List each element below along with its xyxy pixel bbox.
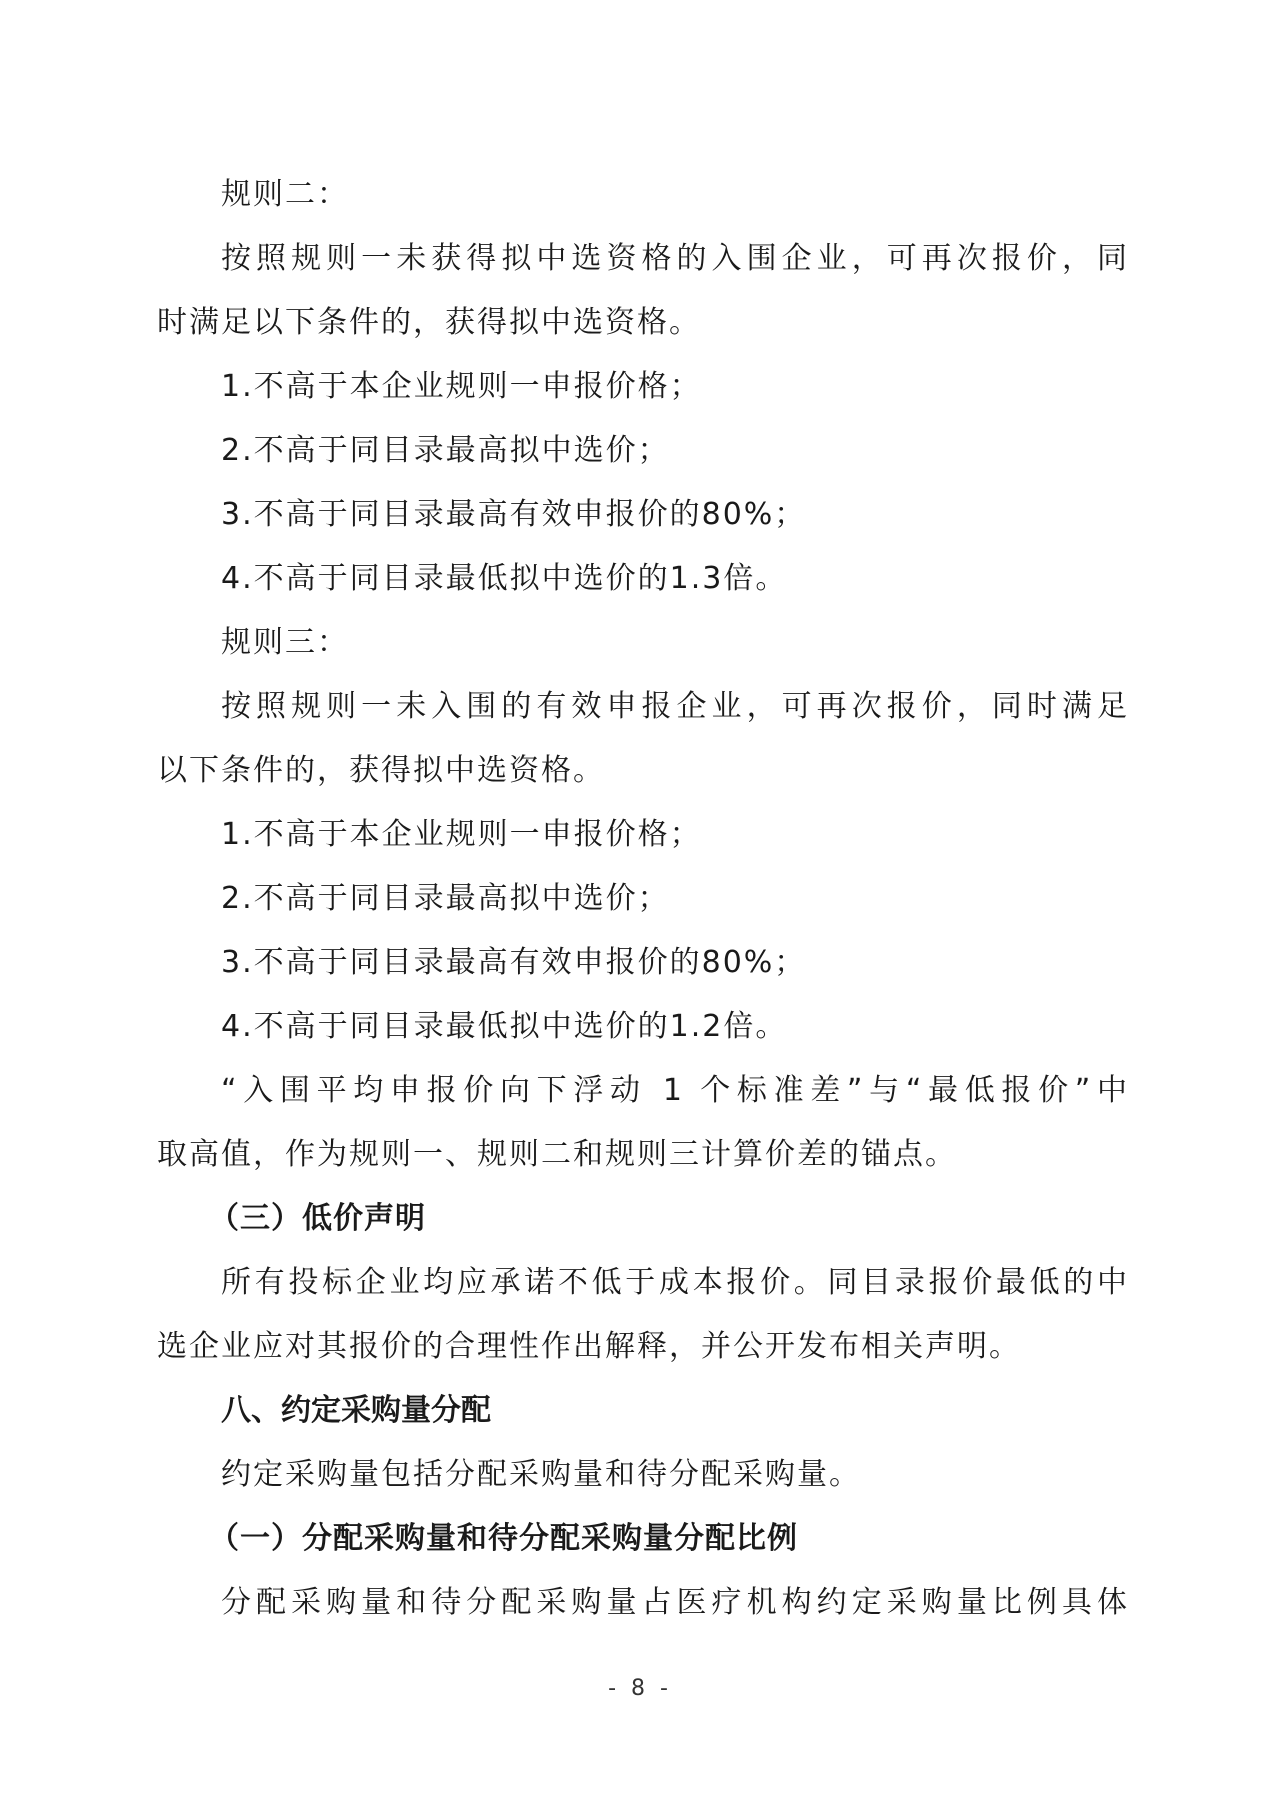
section-8-heading: 八、约定采购量分配 [157, 1379, 1129, 1443]
rule-2-heading: 规则二： [157, 163, 1129, 227]
rule-2-condition-4: 4.不高于同目录最低拟中选价的1.3倍。 [157, 547, 1129, 611]
low-price-paragraph-line-2: 选企业应对其报价的合理性作出解释，并公开发布相关声明。 [157, 1315, 1129, 1379]
page-number: - 8 - [0, 1676, 1280, 1701]
rule-3-paragraph-line-1: 按照规则一未入围的有效申报企业，可再次报价，同时满足 [157, 675, 1129, 739]
allocation-ratio-paragraph-line-1: 分配采购量和待分配采购量占医疗机构约定采购量比例具体 [157, 1571, 1129, 1635]
rule-2-condition-2: 2.不高于同目录最高拟中选价； [157, 419, 1129, 483]
rule-2-condition-1: 1.不高于本企业规则一申报价格； [157, 355, 1129, 419]
anchor-paragraph-line-1: “入围平均申报价向下浮动 1 个标准差”与“最低报价”中 [157, 1059, 1129, 1123]
rule-3-condition-4: 4.不高于同目录最低拟中选价的1.2倍。 [157, 995, 1129, 1059]
rule-3-condition-3: 3.不高于同目录最高有效申报价的80%； [157, 931, 1129, 995]
rule-3-heading: 规则三： [157, 611, 1129, 675]
section-8-intro: 约定采购量包括分配采购量和待分配采购量。 [157, 1443, 1129, 1507]
rule-3-condition-1: 1.不高于本企业规则一申报价格； [157, 803, 1129, 867]
rule-2-condition-3: 3.不高于同目录最高有效申报价的80%； [157, 483, 1129, 547]
anchor-paragraph-line-2: 取高值，作为规则一、规则二和规则三计算价差的锚点。 [157, 1123, 1129, 1187]
document-page: 规则二： 按照规则一未获得拟中选资格的入围企业，可再次报价，同 时满足以下条件的… [157, 163, 1129, 1635]
subsection-allocation-ratio-heading: （一）分配采购量和待分配采购量分配比例 [157, 1507, 1129, 1571]
rule-3-condition-2: 2.不高于同目录最高拟中选价； [157, 867, 1129, 931]
rule-2-paragraph-line-1: 按照规则一未获得拟中选资格的入围企业，可再次报价，同 [157, 227, 1129, 291]
low-price-paragraph-line-1: 所有投标企业均应承诺不低于成本报价。同目录报价最低的中 [157, 1251, 1129, 1315]
rule-2-paragraph-line-2: 时满足以下条件的，获得拟中选资格。 [157, 291, 1129, 355]
section-low-price-declaration-heading: （三）低价声明 [157, 1187, 1129, 1251]
rule-3-paragraph-line-2: 以下条件的，获得拟中选资格。 [157, 739, 1129, 803]
